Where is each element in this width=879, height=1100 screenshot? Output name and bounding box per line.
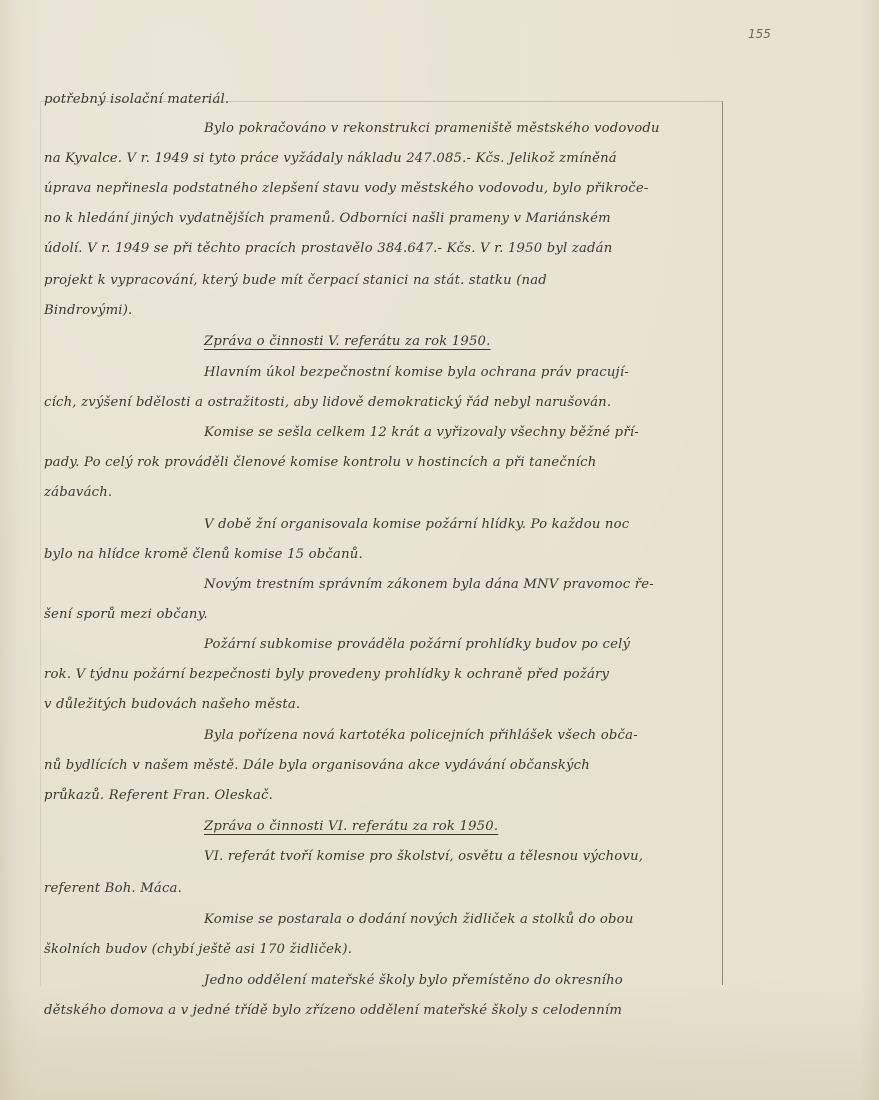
- text-line: Hlavním úkol bezpečnostní komise byla oc…: [204, 365, 629, 380]
- text-line: dětského domova a v jedné třídě bylo zří…: [44, 1003, 622, 1018]
- right-margin-rule: [722, 101, 723, 985]
- text-line: Komise se postarala o dodání nových židl…: [204, 912, 634, 927]
- text-line: údolí. V r. 1949 se při těchto pracích p…: [44, 241, 612, 256]
- text-line: cích, zvýšení bdělosti a ostražitosti, a…: [44, 395, 611, 410]
- text-line: pady. Po celý rok prováděli členové komi…: [44, 455, 596, 470]
- text-line: úprava nepřinesla podstatného zlepšení s…: [44, 181, 649, 196]
- text-line: Požární subkomise prováděla požární proh…: [204, 637, 630, 652]
- text-line: na Kyvalce. V r. 1949 si tyto práce vyžá…: [44, 151, 617, 166]
- text-line: průkazů. Referent Fran. Oleskač.: [44, 788, 273, 803]
- text-line: Novým trestním správním zákonem byla dán…: [204, 577, 654, 592]
- text-line: Jedno oddělení mateřské školy bylo přemí…: [204, 973, 623, 988]
- text-line: Bylo pokračováno v rekonstrukci prameniš…: [204, 121, 660, 136]
- text-line: v důležitých budovách našeho města.: [44, 697, 300, 712]
- page-number: 155: [748, 27, 771, 41]
- text-line: no k hledání jiných vydatnějších pramenů…: [44, 211, 611, 226]
- text-line: zábavách.: [44, 485, 112, 500]
- text-line: potřebný isolační materiál.: [44, 92, 229, 107]
- paper-discoloration: [0, 980, 879, 1100]
- text-line: Bindrovými).: [44, 303, 132, 318]
- section-heading: Zpráva o činnosti VI. referátu za rok 19…: [204, 819, 498, 834]
- text-line: školních budov (chybí ještě asi 170 židl…: [44, 942, 352, 957]
- text-line: referent Boh. Máca.: [44, 881, 182, 896]
- text-line: Byla pořízena nová kartotéka policejních…: [204, 728, 638, 743]
- text-line: projekt k vypracování, který bude mít če…: [44, 273, 547, 288]
- text-line: VI. referát tvoří komise pro školství, o…: [204, 849, 643, 864]
- text-line: šení sporů mezi občany.: [44, 607, 208, 622]
- section-heading: Zpráva o činnosti V. referátu za rok 195…: [204, 334, 491, 349]
- text-line: V době žní organisovala komise požární h…: [204, 517, 629, 532]
- text-line: Komise se sešla celkem 12 krát a vyřizov…: [204, 425, 639, 440]
- scanned-page: 155 potřebný isolační materiál. Bylo pok…: [0, 0, 879, 1100]
- text-line: bylo na hlídce kromě členů komise 15 obč…: [44, 547, 363, 562]
- text-line: nů bydlících v našem městě. Dále byla or…: [44, 758, 590, 773]
- text-line: rok. V týdnu požární bezpečnosti byly pr…: [44, 667, 609, 682]
